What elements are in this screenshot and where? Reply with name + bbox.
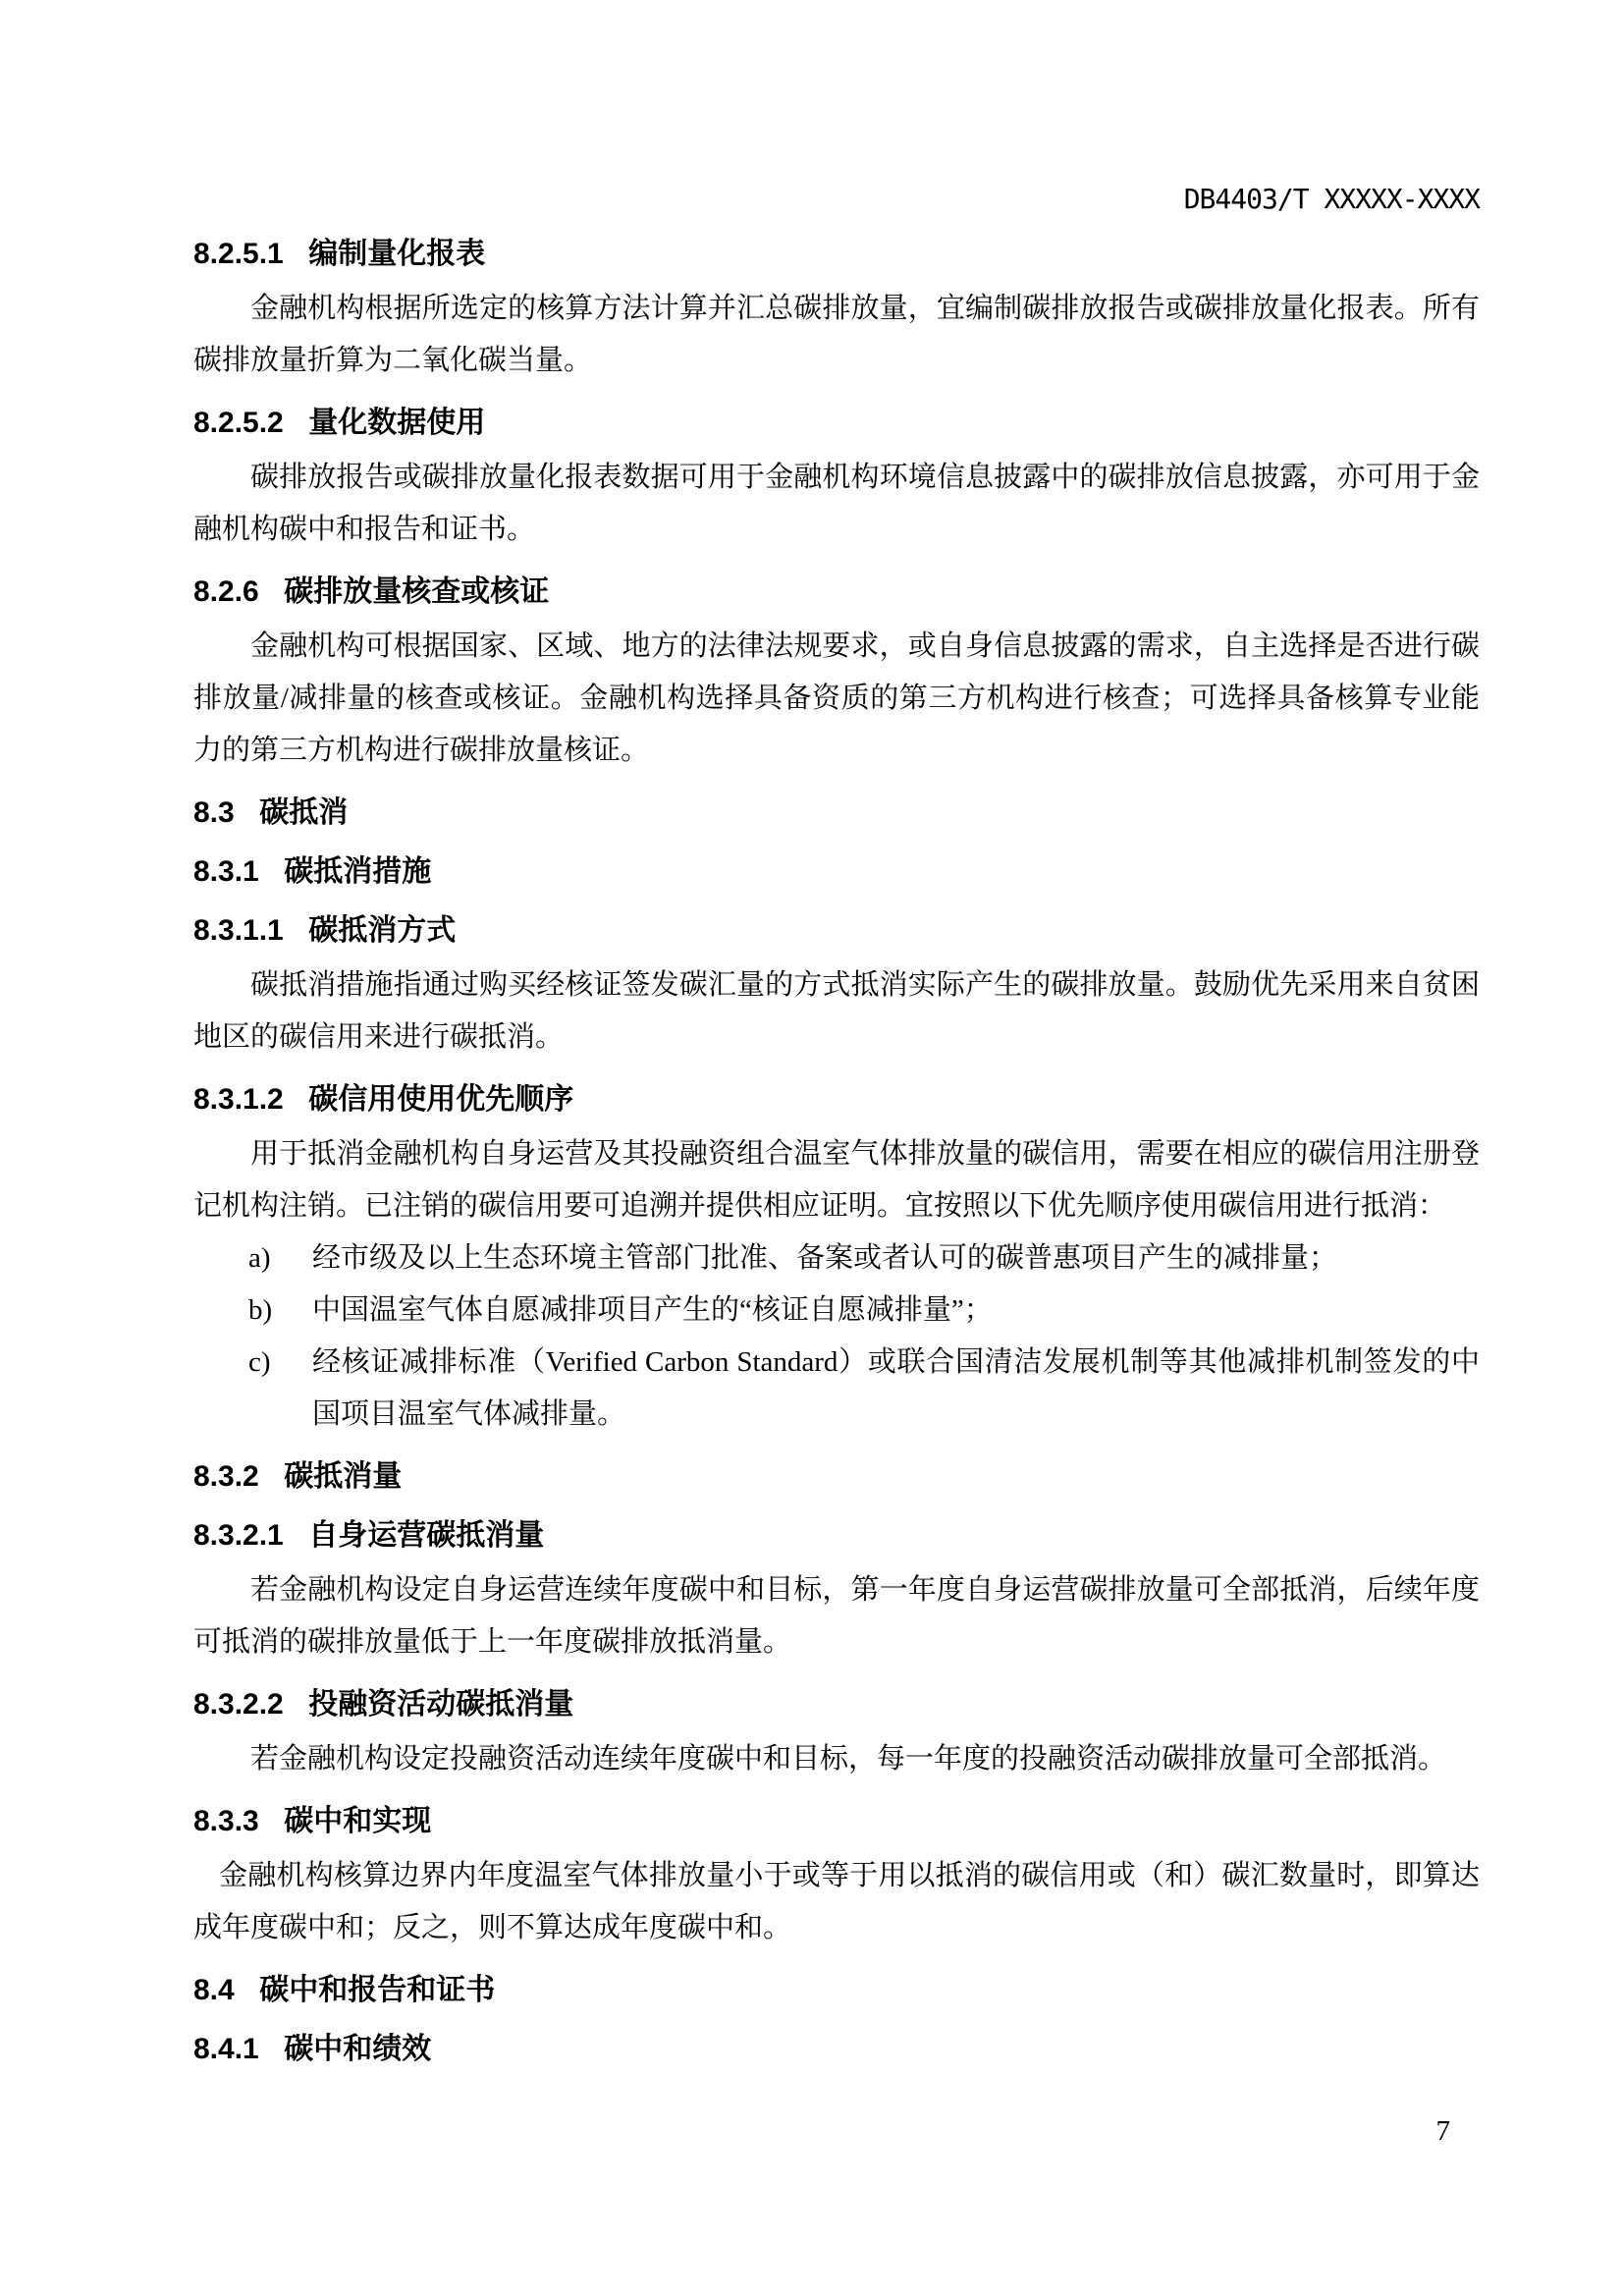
section-number: 8.4 [193, 1974, 235, 2006]
section-heading-841: 8.4.1碳中和绩效 [193, 2027, 1480, 2072]
document-content: DB4403/T XXXXX-XXXX 8.2.5.1编制量化报表 金融机构根据… [193, 183, 1480, 2078]
section-number: 8.3.1.1 [193, 914, 284, 947]
section-title: 碳中和实现 [284, 1805, 431, 1837]
section-title: 碳抵消 [259, 796, 348, 829]
document-header: DB4403/T XXXXX-XXXX [193, 183, 1480, 216]
section-title: 碳中和报告和证书 [259, 1974, 495, 2006]
document-page: DB4403/T XXXXX-XXXX 8.2.5.1编制量化报表 金融机构根据… [0, 0, 1623, 2296]
section-number: 8.3.2 [193, 1460, 259, 1493]
section-heading-8251: 8.2.5.1编制量化报表 [193, 232, 1480, 277]
page-number: 7 [1436, 2113, 1451, 2149]
section-number: 8.4.1 [193, 2033, 259, 2065]
section-title: 编制量化报表 [308, 238, 485, 270]
section-number: 8.2.6 [193, 575, 259, 608]
list-item-text: 经核证减排标准（Verified Carbon Standard）或联合国清洁发… [312, 1346, 1480, 1430]
paragraph: 碳抵消措施指通过购买经核证签发碳汇量的方式抵消实际产生的碳排放量。鼓励优先采用来… [193, 959, 1480, 1064]
list-item-text: 经市级及以上生态环境主管部门批准、备案或者认可的碳普惠项目产生的减排量； [312, 1242, 1337, 1274]
section-number: 8.2.5.2 [193, 407, 284, 439]
section-title: 自身运营碳抵消量 [308, 1519, 544, 1552]
paragraph: 若金融机构设定投融资活动连续年度碳中和目标，每一年度的投融资活动碳排放量可全部抵… [193, 1733, 1480, 1785]
list-item-marker: b) [248, 1285, 272, 1337]
section-number: 8.3.3 [193, 1805, 259, 1837]
section-heading-8311: 8.3.1.1碳抵消方式 [193, 908, 1480, 954]
standard-code: DB4403/T XXXXX-XXXX [1184, 183, 1480, 215]
list-item: b) 中国温室气体自愿减排项目产生的“核证自愿减排量”； [193, 1285, 1480, 1337]
section-heading-832: 8.3.2碳抵消量 [193, 1454, 1480, 1500]
section-title: 碳抵消措施 [284, 855, 431, 888]
section-heading-8322: 8.3.2.2投融资活动碳抵消量 [193, 1682, 1480, 1727]
list-item: a) 经市级及以上生态环境主管部门批准、备案或者认可的碳普惠项目产生的减排量； [193, 1232, 1480, 1285]
section-number: 8.3 [193, 796, 235, 829]
section-number: 8.3.1 [193, 855, 259, 888]
section-title: 碳中和绩效 [284, 2033, 431, 2065]
paragraph: 若金融机构设定自身运营连续年度碳中和目标，第一年度自身运营碳排放量可全部抵消，后… [193, 1564, 1480, 1668]
list-item-marker: c) [248, 1337, 271, 1389]
paragraph: 用于抵消金融机构自身运营及其投融资组合温室气体排放量的碳信用，需要在相应的碳信用… [193, 1128, 1480, 1232]
priority-list: a) 经市级及以上生态环境主管部门批准、备案或者认可的碳普惠项目产生的减排量； … [193, 1232, 1480, 1441]
section-heading-831: 8.3.1碳抵消措施 [193, 849, 1480, 895]
paragraph: 金融机构根据所选定的核算方法计算并汇总碳排放量，宜编制碳排放报告或碳排放量化报表… [193, 283, 1480, 387]
section-number: 8.3.2.1 [193, 1519, 284, 1552]
section-heading-8312: 8.3.1.2碳信用使用优先顺序 [193, 1077, 1480, 1122]
section-heading-8252: 8.2.5.2量化数据使用 [193, 401, 1480, 446]
section-title: 量化数据使用 [308, 407, 485, 439]
paragraph: 金融机构可根据国家、区域、地方的法律法规要求，或自身信息披露的需求，自主选择是否… [193, 621, 1480, 777]
section-number: 8.3.2.2 [193, 1688, 284, 1721]
section-title: 碳信用使用优先顺序 [308, 1083, 573, 1116]
section-heading-8321: 8.3.2.1自身运营碳抵消量 [193, 1513, 1480, 1558]
section-number: 8.2.5.1 [193, 238, 284, 270]
section-heading-833: 8.3.3碳中和实现 [193, 1799, 1480, 1844]
list-item-text: 中国温室气体自愿减排项目产生的“核证自愿减排量”； [312, 1294, 993, 1326]
paragraph: 金融机构核算边界内年度温室气体排放量小于或等于用以抵消的碳信用或（和）碳汇数量时… [193, 1850, 1480, 1954]
section-number: 8.3.1.2 [193, 1083, 284, 1116]
section-title: 碳抵消方式 [308, 914, 456, 947]
paragraph: 碳排放报告或碳排放量化报表数据可用于金融机构环境信息披露中的碳排放信息披露，亦可… [193, 452, 1480, 556]
list-item-marker: a) [248, 1232, 271, 1285]
list-item: c) 经核证减排标准（Verified Carbon Standard）或联合国… [193, 1337, 1480, 1441]
section-heading-84: 8.4碳中和报告和证书 [193, 1968, 1480, 2013]
section-title: 碳排放量核查或核证 [284, 575, 549, 608]
section-title: 投融资活动碳抵消量 [308, 1688, 573, 1721]
section-title: 碳抵消量 [284, 1460, 402, 1493]
section-heading-826: 8.2.6碳排放量核查或核证 [193, 570, 1480, 615]
section-heading-83: 8.3碳抵消 [193, 791, 1480, 836]
